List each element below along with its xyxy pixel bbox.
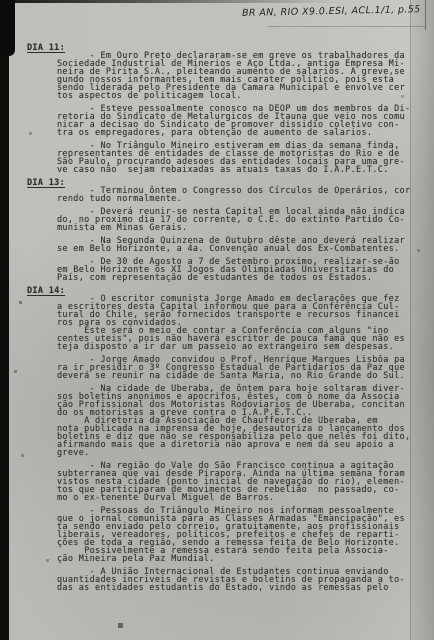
scan-border-top	[0, 0, 340, 3]
paragraph: - Deverá reunir-se nesta Capital em loca…	[57, 208, 427, 232]
paragraph: - Jorge Amado convidou o Prof. Henrique …	[57, 356, 427, 380]
scan-border-top-left-corner	[0, 0, 15, 56]
scanned-document-page: BR AN, RIO X9.0.ESI, ACL.1/1, p.55 DIA 1…	[0, 0, 434, 640]
paragraph: - Em Ouro Preto declararam-se em greve o…	[57, 52, 427, 100]
scan-border-left	[0, 0, 9, 640]
paragraph: - Na Segunda Quinzena de Outubro dêste a…	[57, 237, 427, 253]
archival-reference-annotation: BR AN, RIO X9.0.ESI, ACL.1/1, p.55	[242, 4, 421, 19]
paragraph: - O escritor comunista Jorge Amado em de…	[57, 295, 427, 351]
paragraph: - No Triângulo Mineiro estiveram em dias…	[57, 142, 427, 174]
day-entry-14: DIA 14: - O escritor comunista Jorge Ama…	[27, 287, 427, 592]
day-entry-11: DIA 11: - Em Ouro Preto declararam-se em…	[27, 44, 427, 174]
paragraph: - Esteve pessoalmente conosco na DEOP um…	[57, 105, 427, 137]
paragraph: - A União Internacional de Estudantes co…	[57, 568, 427, 592]
document-body: DIA 11: - Em Ouro Preto declararam-se em…	[27, 44, 427, 597]
paragraph: - Na região do Vale do São Francisco con…	[57, 462, 427, 502]
page-corner-line-horizontal	[268, 26, 426, 27]
paragraph: - Pessoas do Triângulo Mineiro nos infor…	[57, 507, 427, 563]
paragraph: - Terminou ôntem o Congresso dos Círculo…	[57, 187, 427, 203]
paragraph: - Na cidade de Uberaba, de ôntem para ho…	[57, 385, 427, 457]
paragraph: - De 30 de Agosto a 7 de Setembro proxim…	[57, 258, 427, 282]
day-entry-13: DIA 13: - Terminou ôntem o Congresso dos…	[27, 179, 427, 282]
scan-noise-speckles	[0, 0, 1, 1]
